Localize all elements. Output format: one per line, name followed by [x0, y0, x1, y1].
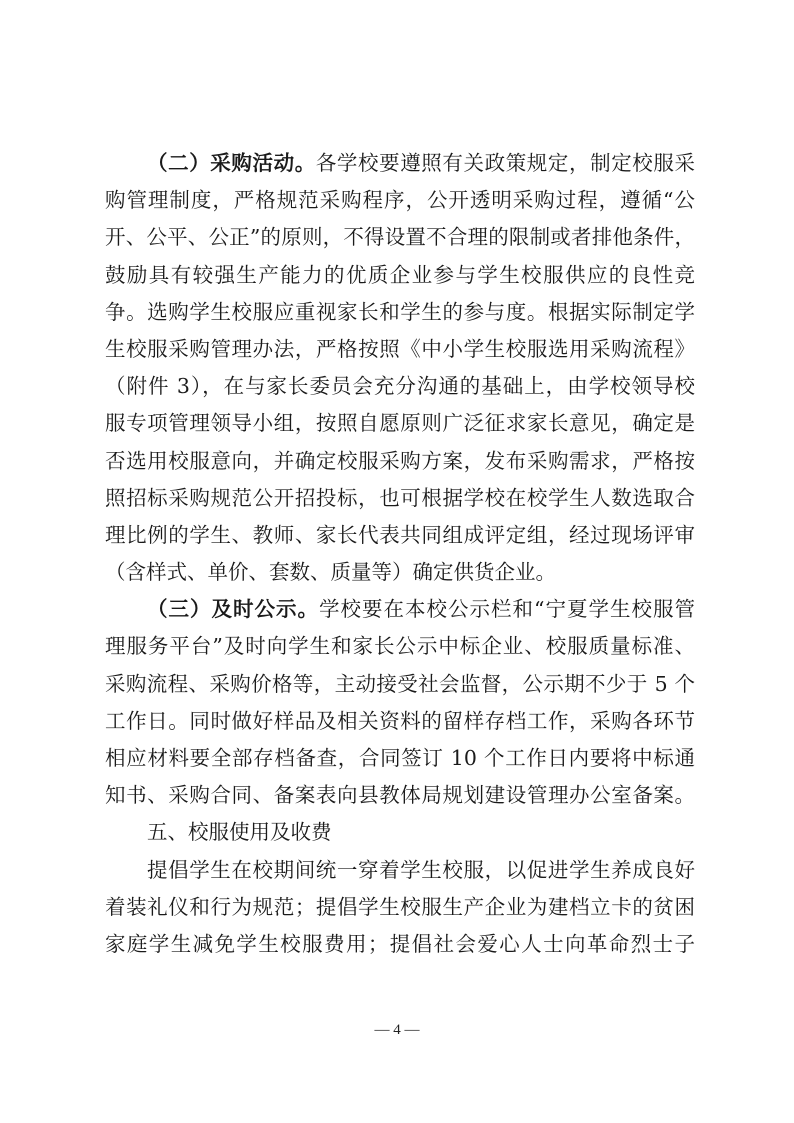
paragraph-line: 理比例的学生、教师、家长代表共同组成评定组，经过现场评审	[105, 517, 695, 554]
paragraph-line: 开、公平、公正”的原则，不得设置不合理的限制或者排他条件，	[105, 219, 695, 256]
paragraph-line: 知书、采购合同、备案表向县教体局规划建设管理办公室备案。	[105, 777, 695, 814]
section-heading-uniform-use: 五、校服使用及收费	[105, 814, 695, 851]
paragraph-line: 服专项管理领导小组，按照自愿原则广泛征求家长意见，确定是	[105, 405, 695, 442]
paragraph-line: 生校服采购管理办法，严格按照《中小学生校服选用采购流程》	[105, 331, 695, 368]
paragraph-line: （含样式、单价、套数、质量等）确定供货企业。	[105, 554, 695, 591]
page-number: — 4 —	[0, 1022, 794, 1039]
subheading-procurement: （二）采购活动。	[147, 151, 316, 175]
paragraph-line: 理服务平台”及时向学生和家长公示中标企业、校服质量标准、	[105, 628, 695, 665]
paragraph-line: 提倡学生在校期间统一穿着学生校服，以促进学生养成良好	[105, 852, 695, 889]
paragraph-line: 照招标采购规范公开招投标，也可根据学校在校学生人数选取合	[105, 480, 695, 517]
paragraph-line: （附件 3），在与家长委员会充分沟通的基础上，由学校领导校	[105, 368, 695, 405]
paragraph-line: 否选用校服意向，并确定校服采购方案，发布采购需求，严格按	[105, 443, 695, 480]
paragraph-line: 争。选购学生校服应重视家长和学生的参与度。根据实际制定学	[105, 294, 695, 331]
paragraph-line: 工作日。同时做好样品及相关资料的留样存档工作，采购各环节	[105, 703, 695, 740]
paragraph-line: 鼓励具有较强生产能力的优质企业参与学生校服供应的良性竞	[105, 257, 695, 294]
paragraph-line: 家庭学生减免学生校服费用；提倡社会爱心人士向革命烈士子	[105, 926, 695, 963]
paragraph-line: 相应材料要全部存档备查，合同签订 10 个工作日内要将中标通	[105, 740, 695, 777]
paragraph-line: 着装礼仪和行为规范；提倡学生校服生产企业为建档立卡的贫困	[105, 889, 695, 926]
paragraph-publicity-line-1: （三）及时公示。学校要在本校公示栏和“宁夏学生校服管	[105, 591, 695, 628]
body-text: （二）采购活动。各学校要遵照有关政策规定，制定校服采 购管理制度，严格规范采购程…	[105, 145, 695, 963]
paragraph-line: 购管理制度，严格规范采购程序，公开透明采购过程，遵循“公	[105, 182, 695, 219]
paragraph-line: 采购流程、采购价格等，主动接受社会监督，公示期不少于 5 个	[105, 666, 695, 703]
subheading-publicity: （三）及时公示。	[147, 597, 319, 621]
document-page: （二）采购活动。各学校要遵照有关政策规定，制定校服采 购管理制度，严格规范采购程…	[0, 0, 794, 1123]
paragraph-procurement-line-1: （二）采购活动。各学校要遵照有关政策规定，制定校服采	[105, 145, 695, 182]
